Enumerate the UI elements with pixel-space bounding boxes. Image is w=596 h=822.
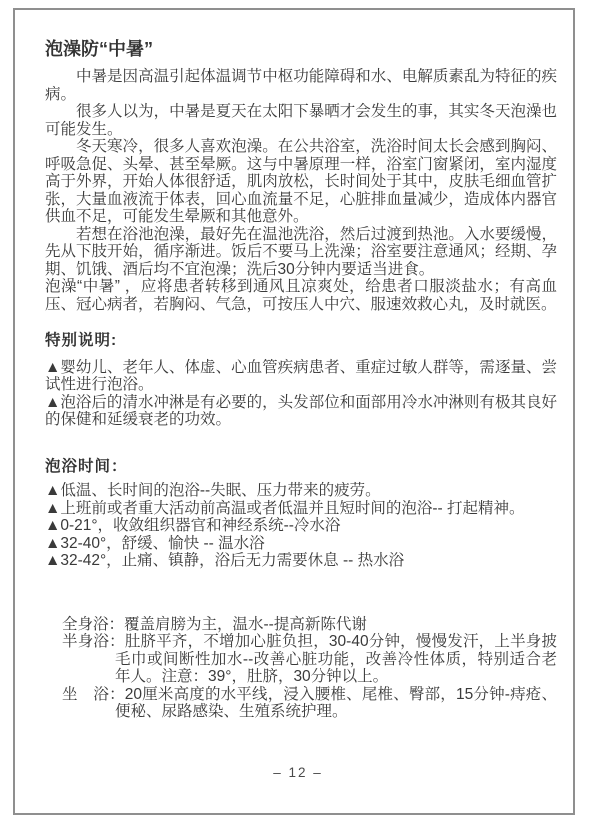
bath-type-sitz-label: 坐 浴： xyxy=(62,686,125,703)
page-number: – 12 – xyxy=(0,765,596,780)
bath-type-half-body: 半身浴：肚脐平齐，不增加心脏负担，30-40分钟，慢慢发汗，上半身披毛巾或间断性… xyxy=(62,633,557,686)
bath-time-item-3: ▲0-21°，收敛组织器官和神经系统--冷水浴 xyxy=(45,517,557,535)
intro-paragraph-4: 若想在浴池泡澡，最好先在温池洗浴，然后过渡到热池。入水要缓慢，先从下肢开始，循序… xyxy=(45,226,557,279)
intro-paragraph-2: 很多人以为，中暑是夏天在太阳下暴晒才会发生的事，其实冬天泡澡也可能发生。 xyxy=(45,103,557,138)
bath-types-list: 全身浴：覆盖肩膀为主，温水--提高新陈代谢 半身浴：肚脐平齐，不增加心脏负担，3… xyxy=(62,616,557,721)
bath-time-heading: 泡浴时间： xyxy=(45,458,557,476)
bath-type-sitz: 坐 浴：20厘米高度的水平线，浸入腰椎、尾椎、臀部，15分钟-痔疮、便秘、尿路感… xyxy=(62,686,557,721)
intro-paragraph-3: 冬天寒冷，很多人喜欢泡澡。在公共浴室，洗浴时间太长会感到胸闷、呼吸急促、头晕、甚… xyxy=(45,138,557,226)
bath-type-full-body-text: 覆盖肩膀为主，温水--提高新陈代谢 xyxy=(124,616,367,633)
special-note-item-1: ▲婴幼儿、老年人、体虚、心血管疾病患者、重症过敏人群等，需逐量、尝试性进行泡浴。 xyxy=(45,359,557,394)
page-content: 泡澡防“中暑” 中暑是因高温引起体温调节中枢功能障碍和水、电解质素乱为特征的疾病… xyxy=(45,38,557,721)
bath-type-half-body-label: 半身浴： xyxy=(62,633,125,650)
bath-time-item-4: ▲32-40°，舒缓、愉快 -- 温水浴 xyxy=(45,535,557,553)
intro-paragraph-5: 泡澡“中暑” ，应将患者转移到通风且凉爽处，给患者口服淡盐水；有高血压、冠心病者… xyxy=(45,278,557,313)
special-notes-heading: 特别说明: xyxy=(45,332,557,350)
bath-type-full-body: 全身浴：覆盖肩膀为主，温水--提高新陈代谢 xyxy=(62,616,557,634)
bath-type-half-body-text: 肚脐平齐，不增加心脏负担，30-40分钟，慢慢发汗，上半身披毛巾或间断性加水--… xyxy=(115,633,557,685)
bath-time-item-5: ▲32-42°，止痛、镇静，浴后无力需要休息 -- 热水浴 xyxy=(45,552,557,570)
document-page: { "document": { "title": "泡澡防“中暑”", "int… xyxy=(0,0,596,822)
bath-time-item-2: ▲上班前或者重大活动前高温或者低温并且短时间的泡浴-- 打起精神。 xyxy=(45,500,557,518)
intro-paragraph-1: 中暑是因高温引起体温调节中枢功能障碍和水、电解质素乱为特征的疾病。 xyxy=(45,68,557,103)
page-title: 泡澡防“中暑” xyxy=(45,38,557,60)
bath-time-item-1: ▲低温、长时间的泡浴--失眠、压力带来的疲劳。 xyxy=(45,482,557,500)
bath-type-full-body-label: 全身浴： xyxy=(62,616,124,633)
bath-type-sitz-text: 20厘米高度的水平线，浸入腰椎、尾椎、臀部，15分钟-痔疮、便秘、尿路感染、生殖… xyxy=(115,686,557,721)
special-note-item-2: ▲泡浴后的清水冲淋是有必要的，头发部位和面部用冷水冲淋则有极其良好的保健和延缓衰… xyxy=(45,394,557,429)
